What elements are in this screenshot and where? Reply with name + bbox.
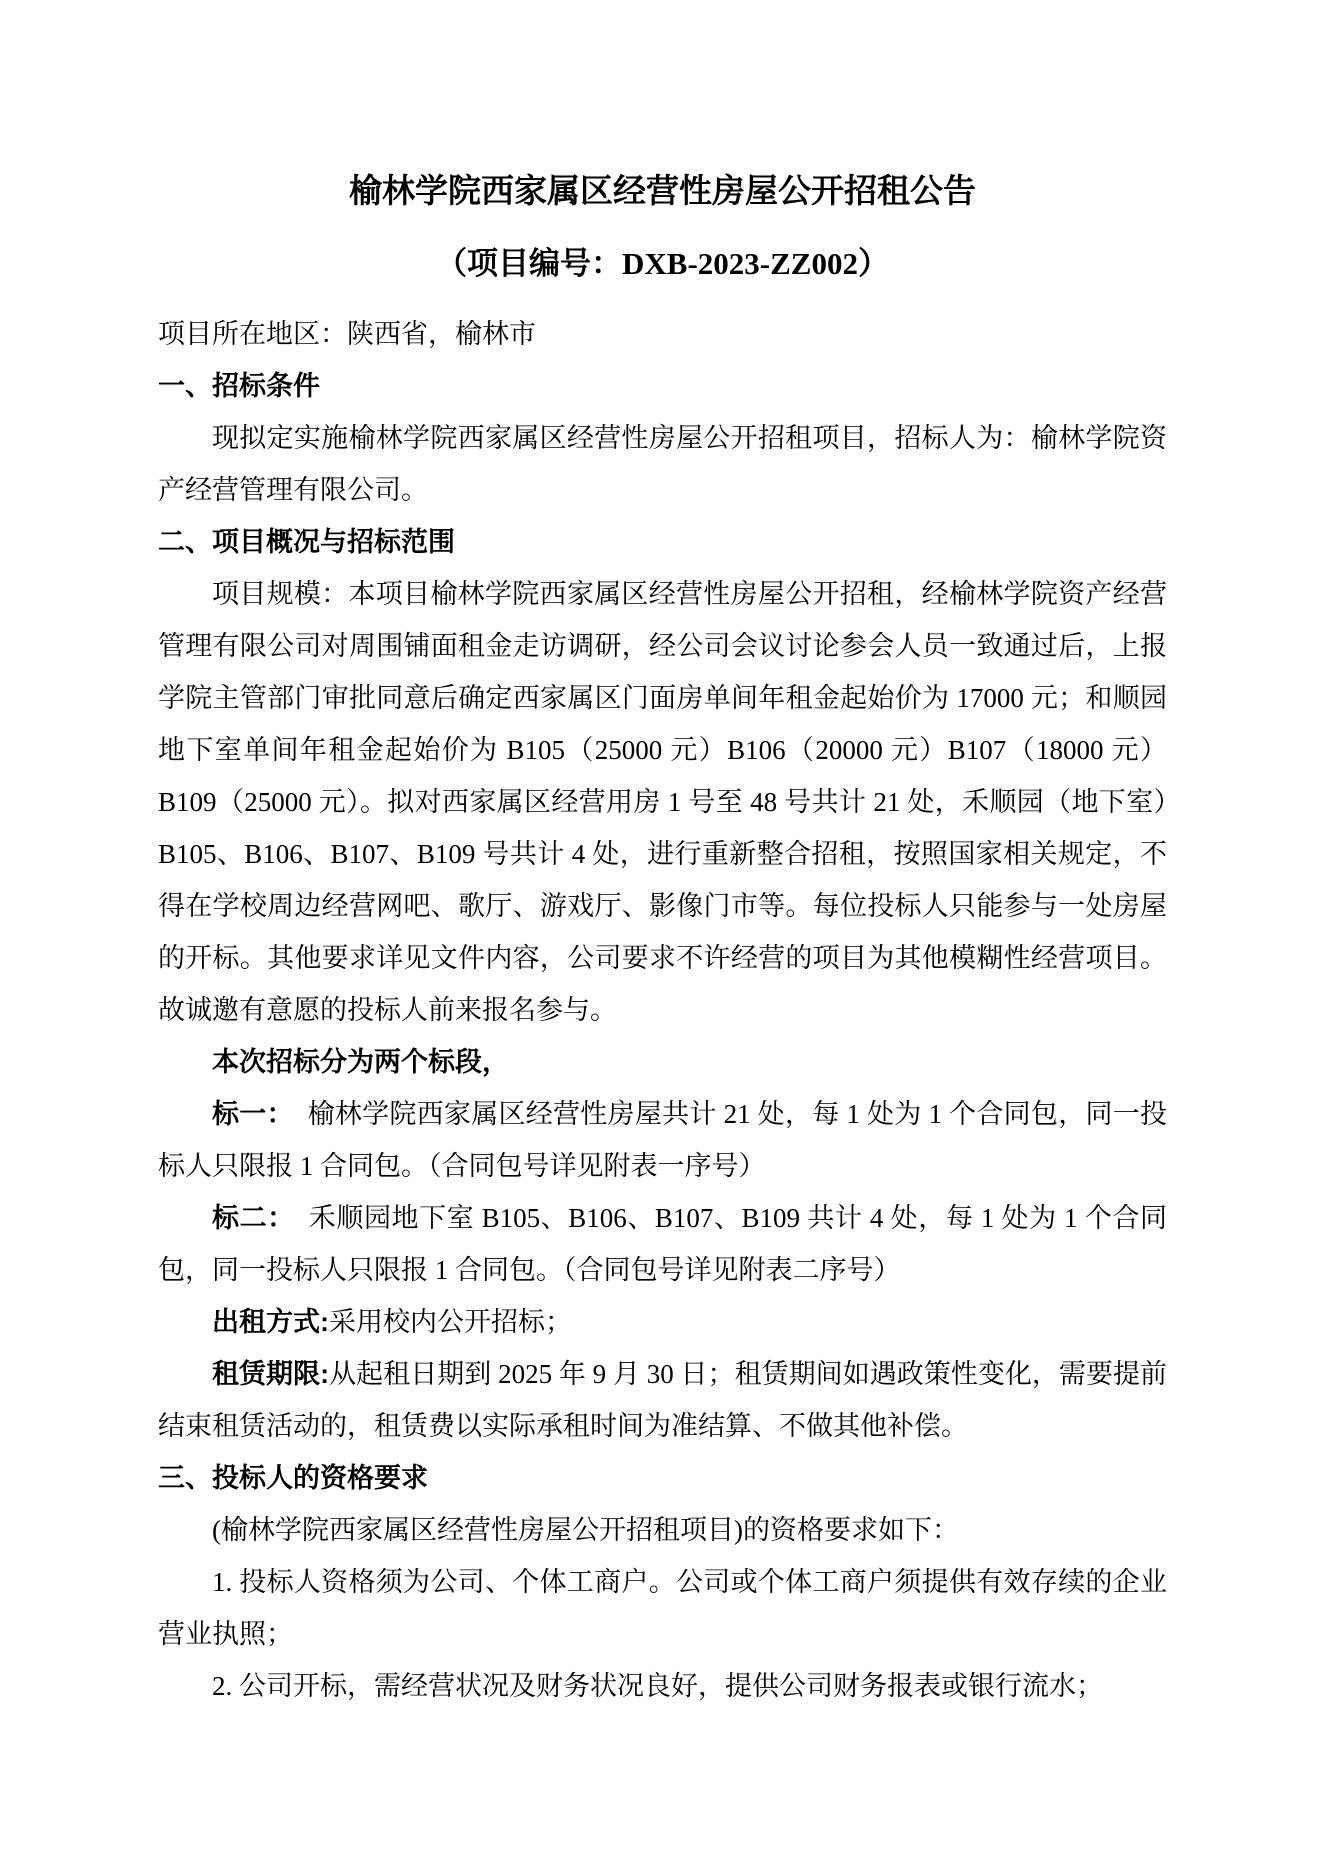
section-3-heading: 三、投标人的资格要求 bbox=[158, 1452, 1167, 1504]
bid-section-2-paragraph: 标二： 禾顺园地下室 B105、B106、B107、B109 共计 4 处，每 … bbox=[158, 1192, 1167, 1296]
section-2-heading: 二、项目概况与招标范围 bbox=[158, 516, 1167, 568]
document-title: 榆林学院西家属区经营性房屋公开招租公告 bbox=[158, 165, 1167, 217]
qualification-item-2: 2. 公司开标，需经营状况及财务状况良好，提供公司财务报表或银行流水； bbox=[158, 1660, 1167, 1712]
section-1-heading: 一、招标条件 bbox=[158, 360, 1167, 412]
rental-method-text: 采用校内公开招标； bbox=[329, 1307, 572, 1337]
lease-term-label: 租赁期限: bbox=[212, 1359, 329, 1389]
two-bid-sections-line: 本次招标分为两个标段， bbox=[158, 1036, 1167, 1088]
tender-conditions-paragraph: 现拟定实施榆林学院西家属区经营性房屋公开招租项目，招标人为：榆林学院资产经营管理… bbox=[158, 412, 1167, 516]
bid-section-1-text: 榆林学院西家属区经营性房屋共计 21 处，每 1 处为 1 个合同包，同一投标人… bbox=[158, 1099, 1167, 1181]
qualification-item-1: 1. 投标人资格须为公司、个体工商户。公司或个体工商户须提供有效存续的企业营业执… bbox=[158, 1556, 1167, 1660]
rental-method-paragraph: 出租方式:采用校内公开招标； bbox=[158, 1296, 1167, 1348]
project-scale-paragraph: 项目规模：本项目榆林学院西家属区经营性房屋公开招租，经榆林学院资产经营管理有限公… bbox=[158, 568, 1167, 1036]
bid-section-2-text: 禾顺园地下室 B105、B106、B107、B109 共计 4 处，每 1 处为… bbox=[158, 1203, 1167, 1285]
rental-method-label: 出租方式: bbox=[212, 1307, 329, 1337]
bid-section-1-paragraph: 标一： 榆林学院西家属区经营性房屋共计 21 处，每 1 处为 1 个合同包，同… bbox=[158, 1088, 1167, 1192]
qualification-intro-paragraph: (榆林学院西家属区经营性房屋公开招租项目)的资格要求如下： bbox=[158, 1504, 1167, 1556]
project-location-line: 项目所在地区：陕西省，榆林市 bbox=[158, 308, 1167, 360]
bid-section-1-label: 标一： bbox=[212, 1099, 280, 1129]
document-body: 项目所在地区：陕西省，榆林市 一、招标条件 现拟定实施榆林学院西家属区经营性房屋… bbox=[158, 308, 1167, 1712]
bid-section-2-label: 标二： bbox=[212, 1203, 281, 1233]
project-number-subtitle: （项目编号：DXB-2023-ZZ002） bbox=[158, 238, 1167, 290]
lease-term-paragraph: 租赁期限:从起租日期到 2025 年 9 月 30 日；租赁期间如遇政策性变化，… bbox=[158, 1348, 1167, 1452]
document-page: 榆林学院西家属区经营性房屋公开招租公告 （项目编号：DXB-2023-ZZ002… bbox=[0, 0, 1323, 1871]
